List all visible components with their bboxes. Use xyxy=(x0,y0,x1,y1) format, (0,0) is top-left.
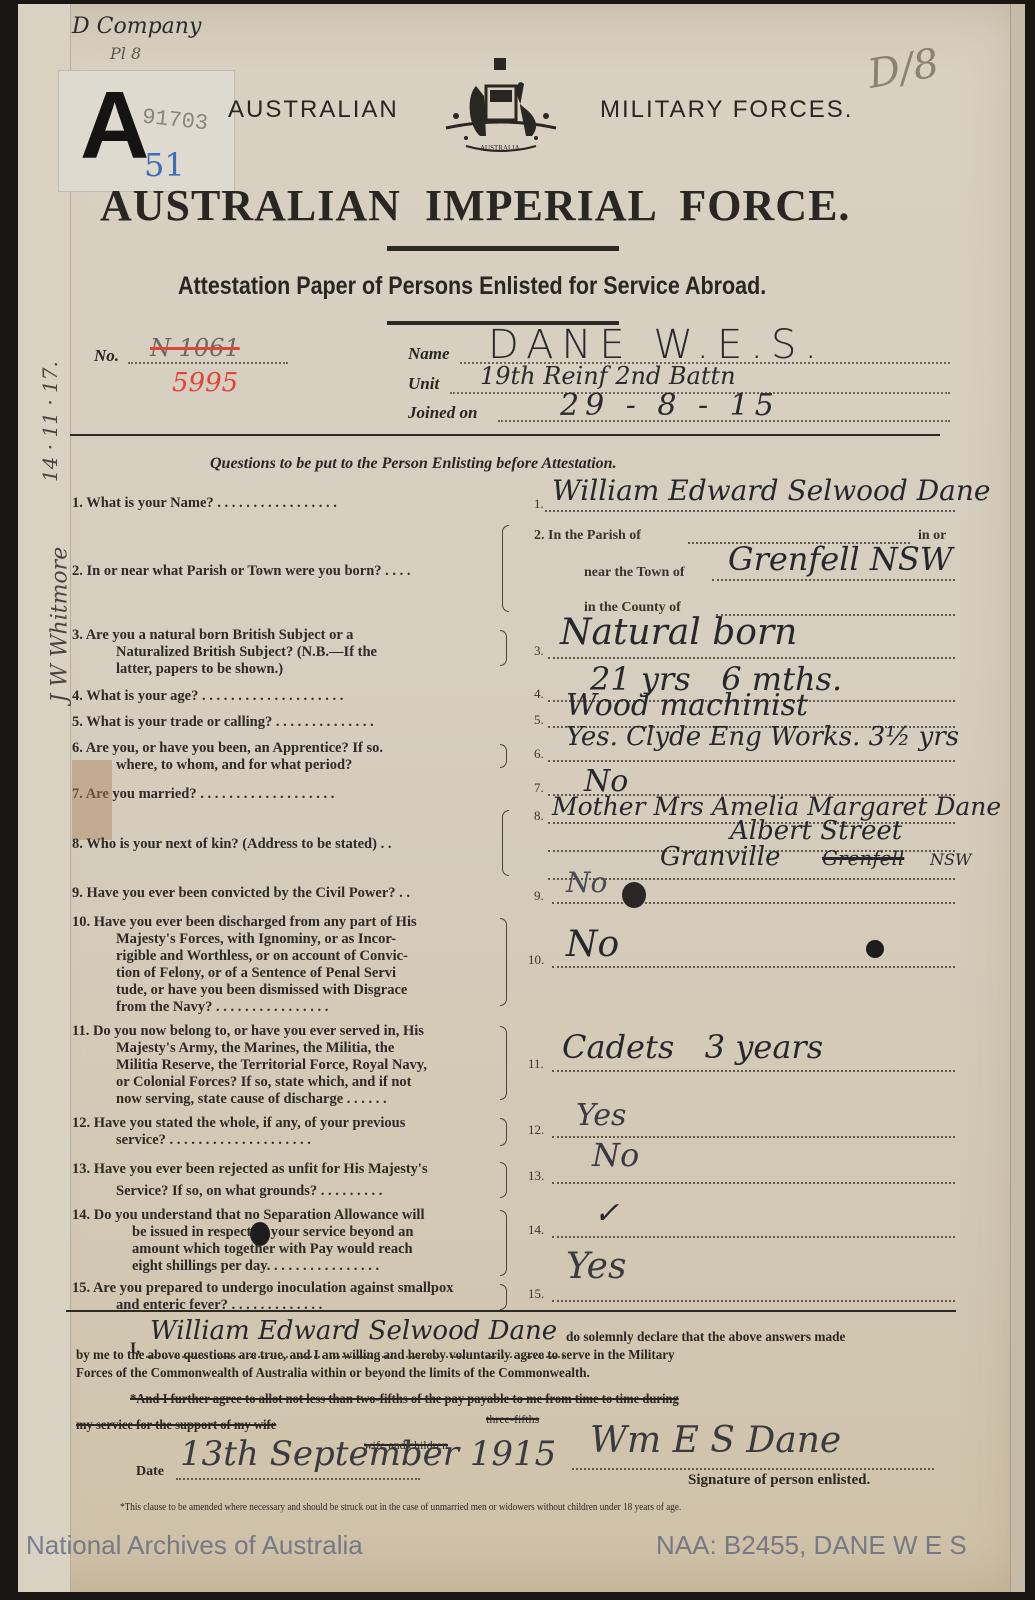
answer-2-brace xyxy=(502,525,509,612)
answer-14-value: ✓ xyxy=(594,1196,619,1231)
header-australian: AUSTRALIAN xyxy=(228,96,399,124)
allotment-clause-line-2: my service for the support of my wife xyxy=(76,1418,276,1434)
answer-1-num: 1. xyxy=(534,496,544,512)
unit-value: 19th Reinf 2nd Battn xyxy=(480,362,736,390)
signature-label: Signature of person enlisted. xyxy=(688,1472,870,1489)
questions-heading: Questions to be put to the Person Enlist… xyxy=(210,455,617,473)
answer-1-value: William Edward Selwood Dane xyxy=(552,474,990,507)
answer-15-line xyxy=(552,1300,955,1302)
question-13-brace xyxy=(500,1162,507,1198)
question-11: 11. Do you now belong to, or have you ev… xyxy=(72,1023,500,1108)
answer-15-value: Yes xyxy=(566,1246,626,1287)
town-line xyxy=(712,579,955,581)
answer-5-value: Wood machinist xyxy=(566,688,808,723)
watermark-reference: NAA: B2455, DANE W E S xyxy=(656,1530,967,1561)
answer-3-line xyxy=(548,657,955,659)
question-14-brace xyxy=(500,1210,507,1276)
answer-11-line xyxy=(552,1070,955,1072)
document-title: AUSTRALIAN IMPERIAL FORCE. xyxy=(100,180,850,231)
answer-9-line xyxy=(552,902,955,904)
answer-10-value: No xyxy=(566,924,619,965)
answer-6-line xyxy=(548,760,955,762)
tape-stain xyxy=(72,760,112,840)
title-rule xyxy=(387,246,619,251)
ink-blot xyxy=(866,940,884,958)
answer-4-num: 4. xyxy=(534,686,544,702)
margin-note-vertical-date: 14 · 11 · 17. xyxy=(38,342,62,482)
question-6: 6. Are you, or have you been, an Apprent… xyxy=(72,740,500,774)
question-6-brace xyxy=(500,744,507,768)
answer-14-num: 14. xyxy=(528,1222,544,1238)
answer-11-num: 11. xyxy=(528,1056,544,1072)
question-2: 2. In or near what Parish or Town were y… xyxy=(72,563,500,580)
answer-8-line-3 xyxy=(548,878,955,880)
answer-13-line xyxy=(552,1182,955,1184)
answer-6-value: Yes. Clyde Eng Works. 3½ yrs xyxy=(566,722,959,752)
declaration-name: William Edward Selwood Dane xyxy=(150,1316,557,1346)
identity-rule xyxy=(70,434,940,436)
coat-of-arms-icon: AUSTRALIA xyxy=(436,56,566,164)
answer-8-address-town: Granville xyxy=(660,842,780,872)
answer-6-num: 6. xyxy=(534,746,544,762)
answer-8-address-state: NSW xyxy=(930,850,971,869)
stamp-letter: A xyxy=(80,78,149,174)
question-15: 15. Are you prepared to undergo inoculat… xyxy=(72,1280,500,1314)
footnote: *This clause to be amended where necessa… xyxy=(120,1502,681,1513)
question-5: 5. What is your trade or calling? . . . … xyxy=(72,714,500,731)
joined-label: Joined on xyxy=(408,403,477,423)
question-10: 10. Have you ever been discharged from a… xyxy=(72,914,500,1016)
no-value: 5995 xyxy=(172,368,238,398)
question-12: 12. Have you stated the whole, if any, o… xyxy=(72,1115,500,1149)
ink-blot xyxy=(250,1222,270,1246)
signature-value: Wm E S Dane xyxy=(590,1420,841,1461)
ink-blot xyxy=(622,882,646,908)
date-line xyxy=(176,1478,420,1480)
answer-8-address-struck: Grenfell xyxy=(822,846,904,870)
margin-note-platoon: Pl 8 xyxy=(110,44,141,63)
question-15-brace xyxy=(500,1284,507,1310)
question-9: 9. Have you ever been convicted by the C… xyxy=(72,885,500,902)
declaration-line-2: by me to the above questions are true, a… xyxy=(76,1348,675,1364)
no-struck-value: N 1061 xyxy=(150,334,240,362)
date-label: Date xyxy=(136,1464,164,1480)
answer-8-brace xyxy=(502,810,509,876)
date-value: 13th September 1915 xyxy=(180,1434,556,1474)
allotment-clause-line-1: *And I further agree to allot not less t… xyxy=(130,1392,679,1408)
answer-10-num: 10. xyxy=(528,952,544,968)
question-7: 7. Are you married? . . . . . . . . . . … xyxy=(72,786,500,803)
answer-15-num: 15. xyxy=(528,1286,544,1302)
answer-11-value: Cadets 3 years xyxy=(562,1028,823,1066)
crest-label: AUSTRALIA xyxy=(480,144,520,152)
question-3-brace xyxy=(500,630,507,666)
question-8: 8. Who is your next of kin? (Address to … xyxy=(72,836,500,853)
answer-13-num: 13. xyxy=(528,1168,544,1184)
answer-12-value: Yes xyxy=(576,1098,626,1133)
answer-7-num: 7. xyxy=(534,780,544,796)
declaration-line-1: do solemnly declare that the above answe… xyxy=(566,1330,845,1346)
declaration-rule xyxy=(66,1310,956,1312)
town-label: near the Town of xyxy=(584,565,684,581)
question-4: 4. What is your age? . . . . . . . . . .… xyxy=(72,688,500,705)
answer-1-line xyxy=(545,510,955,512)
question-11-brace xyxy=(500,1026,507,1100)
name-label: Name xyxy=(408,344,450,364)
document-subtitle: Attestation Paper of Persons Enlisted fo… xyxy=(178,272,766,301)
watermark-archive-name: National Archives of Australia xyxy=(26,1530,363,1561)
answer-10-line xyxy=(552,966,955,968)
question-14: 14. Do you understand that no Separation… xyxy=(72,1207,500,1275)
question-13: 13. Have you ever been rejected as unfit… xyxy=(72,1158,500,1202)
answer-14-line xyxy=(552,1236,955,1238)
signature-line xyxy=(572,1468,934,1470)
left-binding-strip xyxy=(18,4,71,1592)
no-field-line xyxy=(128,362,288,364)
answer-8-num: 8. xyxy=(534,808,544,824)
answer-3-num: 3. xyxy=(534,643,544,659)
blue-number: 51 xyxy=(144,146,185,184)
question-12-brace xyxy=(500,1118,507,1146)
question-1: 1. What is your Name? . . . . . . . . . … xyxy=(72,495,500,512)
joined-value: 29 - 8 - 15 xyxy=(560,388,780,423)
unit-label: Unit xyxy=(408,374,439,394)
answer-13-value: No xyxy=(592,1136,639,1174)
question-3: 3. Are you a natural born British Subjec… xyxy=(72,627,500,678)
answer-9-value: No xyxy=(566,866,607,899)
answer-5-num: 5. xyxy=(534,712,544,728)
margin-note-company: D Company xyxy=(72,14,201,39)
answer-9-num: 9. xyxy=(534,888,544,904)
no-label: No. xyxy=(94,346,119,366)
declaration-line-3: Forces of the Commonwealth of Australia … xyxy=(76,1366,590,1382)
answer-3-value: Natural born xyxy=(560,612,797,653)
answer-12-num: 12. xyxy=(528,1122,544,1138)
question-10-brace xyxy=(500,918,507,1006)
allotment-three-fifths: three-fifths xyxy=(486,1412,539,1427)
header-military-forces: MILITARY FORCES. xyxy=(600,96,853,124)
right-page-edge xyxy=(1010,4,1025,1592)
parish-label: 2. In the Parish of xyxy=(534,528,641,544)
town-value: Grenfell NSW xyxy=(728,540,953,578)
